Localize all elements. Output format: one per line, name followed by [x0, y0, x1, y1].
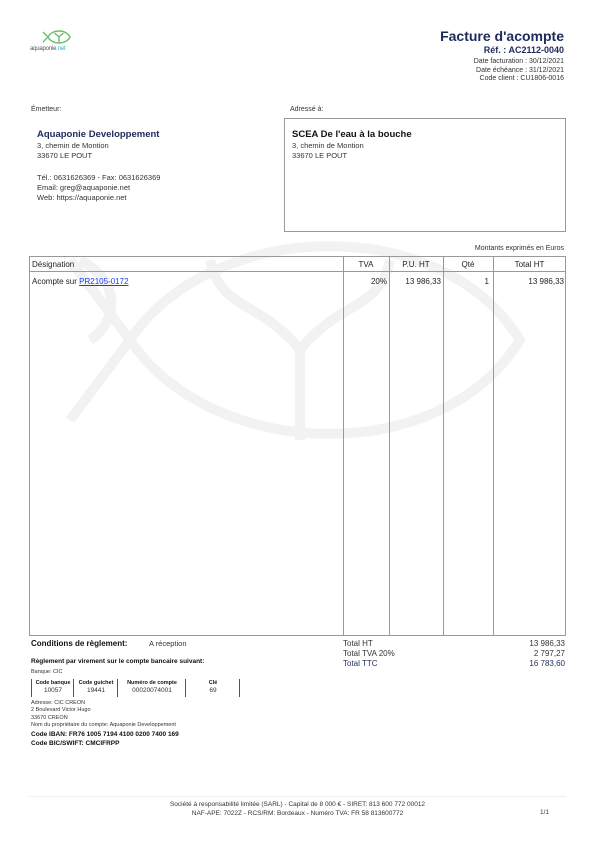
recipient-address1: 3, chemin de Montion: [292, 141, 412, 151]
emitter-address2: 33670 LE POUT: [37, 151, 160, 161]
column-divider: [389, 257, 390, 635]
logo-text: aquaponie.net: [30, 46, 65, 52]
items-table: Désignation TVA P.U. HT Qté Total HT Aco…: [29, 256, 566, 636]
legal-footer: Société à responsabilité limitée (SARL) …: [0, 800, 595, 818]
payment-conditions-label: Conditions de règlement:: [31, 639, 127, 648]
emitter-address1: 3, chemin de Montion: [37, 141, 160, 151]
bank-transfer-title: Règlement par virement sur le compte ban…: [31, 658, 204, 665]
column-header-total-ht: Total HT: [493, 260, 566, 269]
branch-code-cell: Code guichet 19441: [73, 679, 118, 697]
emitter-label: Émetteur:: [31, 106, 61, 113]
emitter-email: Email: greg@aquaponie.net: [37, 183, 160, 193]
table-row-tva: 20%: [343, 277, 387, 286]
recipient-name: SCEA De l'eau à la bouche: [292, 128, 412, 141]
proposal-link[interactable]: PR2105-0172: [79, 277, 128, 286]
table-row-pu-ht: 13 986,33: [389, 277, 441, 286]
column-divider: [493, 257, 494, 635]
fish-logo-icon: [40, 28, 72, 46]
key-cell: Clé 69: [185, 679, 240, 697]
date-echeance: Date échéance : 31/12/2021: [474, 67, 564, 76]
document-title: Facture d'acompte: [440, 28, 564, 44]
column-divider: [343, 257, 344, 635]
column-header-designation: Désignation: [32, 260, 74, 269]
currency-note: Montants exprimés en Euros: [475, 245, 564, 252]
company-logo: aquaponie.net: [26, 28, 96, 58]
account-owner: Nom du propriétaire du compte: Aquaponie…: [31, 722, 176, 729]
bank-table-end: [239, 679, 240, 697]
column-header-tva: TVA: [343, 260, 389, 269]
emitter-phone: Tél.: 0631626369 - Fax: 0631626369: [37, 173, 160, 183]
table-header-divider: [30, 271, 565, 272]
total-ht-row: Total HT13 986,33: [343, 639, 565, 649]
page-number: 1/1: [540, 809, 549, 816]
bic: Code BIC/SWIFT: CMCIFRPP: [31, 739, 179, 748]
bank-name: Banque: CIC: [31, 669, 63, 675]
totals-block: Total HT13 986,33 Total TVA 20%2 797,27 …: [343, 639, 565, 669]
bank-code-cell: Code banque 10057: [31, 679, 74, 697]
bank-address: Adresse: CIC CREON 2 Boulevard Victor Hu…: [31, 700, 176, 729]
date-facturation: Date facturation : 30/12/2021: [474, 58, 564, 67]
emitter-web: Web: https://aquaponie.net: [37, 193, 160, 203]
bank-codes: Code IBAN: FR76 1005 7194 4100 0200 7400…: [31, 730, 179, 748]
recipient-label: Adressé à:: [290, 106, 323, 113]
footer-divider: [29, 796, 566, 797]
account-number-cell: Numéro de compte 00020074001: [117, 679, 186, 697]
table-row-designation: Acompte sur PR2105-0172: [32, 277, 129, 286]
column-header-pu-ht: P.U. HT: [389, 260, 443, 269]
recipient-address2: 33670 LE POUT: [292, 151, 412, 161]
emitter-name: Aquaponie Developpement: [37, 128, 160, 141]
payment-conditions-value: A réception: [149, 639, 187, 648]
column-divider: [443, 257, 444, 635]
table-row-qty: 1: [443, 277, 489, 286]
recipient-block: SCEA De l'eau à la bouche 3, chemin de M…: [292, 128, 412, 161]
total-ttc-row: Total TTC16 783,60: [343, 659, 565, 669]
code-client: Code client : CU1806-0016: [474, 75, 564, 84]
invoice-reference: Réf. : AC2112-0040: [484, 45, 564, 55]
emitter-block: Aquaponie Developpement 3, chemin de Mon…: [37, 128, 160, 203]
iban: Code IBAN: FR76 1005 7194 4100 0200 7400…: [31, 730, 179, 739]
column-header-qty: Qté: [443, 260, 493, 269]
invoice-meta: Date facturation : 30/12/2021 Date échéa…: [474, 58, 564, 84]
table-row-total-ht: 13 986,33: [493, 277, 564, 286]
total-tva-row: Total TVA 20%2 797,27: [343, 649, 565, 659]
